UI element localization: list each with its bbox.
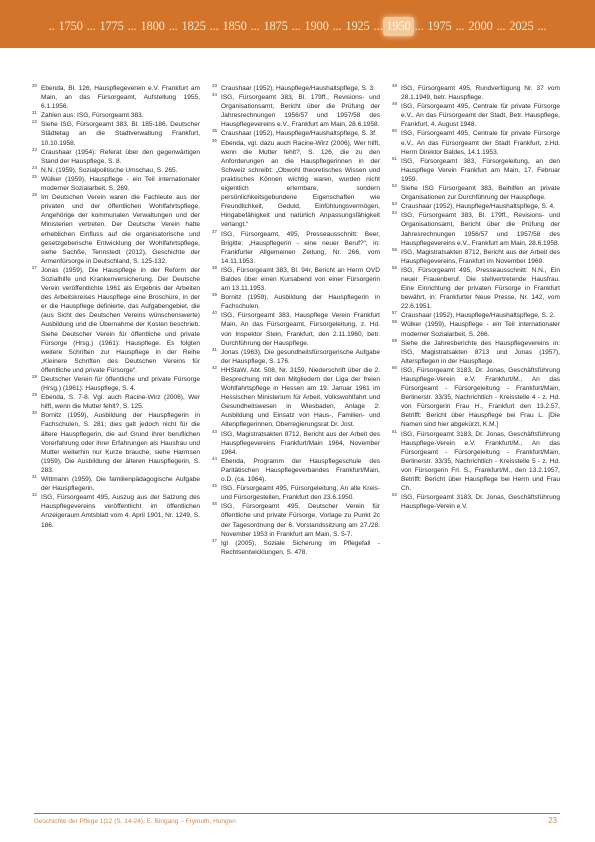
timeline-year-1950[interactable]: 1950	[383, 17, 413, 36]
footnote: 61ISG, Fürsorgeamt 3183, Dr. Jonas, Gesc…	[394, 430, 560, 494]
footnote-text: Craushaar (1952), Hauspflege/Haushaltspf…	[401, 203, 555, 210]
footnote-text: Bornitz (1959), Ausbildung der Hauspfleg…	[221, 294, 380, 310]
footnote-column-2: 33Craushaar (1952), Hauspflege/Haushalts…	[214, 84, 380, 557]
footnote-number: 20	[32, 83, 37, 88]
footnote-text: Deutscher Verein für öffentliche und pri…	[41, 376, 200, 392]
footnote: 56ISG, Fürsorgeamt 495, Presseausschnitt…	[394, 266, 560, 311]
footnote: 24N.N. (1959), Sozialpolitische Umschau,…	[34, 166, 200, 175]
footnote-number: 41	[212, 347, 217, 352]
footnote-text: ISG, Fürsorgeamt 3183, Dr. Jonas, Geschä…	[401, 431, 560, 493]
footnote-number: 30	[32, 410, 37, 415]
footnote-text: Ebenda, Bl. 126, Hauspflegeverein e.V. F…	[41, 85, 200, 110]
timeline-year-1875[interactable]: 1875	[260, 17, 290, 36]
footnote-text: Craushaar (1954): Referat über den gegen…	[41, 149, 200, 165]
timeline-separator: ...	[86, 19, 97, 34]
footnote-text: Jonas (1963), Die gesundheitsfürsorgeris…	[221, 349, 380, 365]
footnote: 57Craushaar (1952), Hauspflege/Haushalts…	[394, 311, 560, 320]
footnote-text: N.N. (1959), Sozialpolitische Umschau, S…	[41, 167, 177, 174]
footnote-number: 23	[32, 147, 37, 152]
footnote: 42HHStaW, Abt. 508, Nr. 3159, Niederschr…	[214, 366, 380, 430]
timeline-years: ..1750...1775...1800...1825...1850...187…	[48, 17, 548, 36]
timeline-year-1750[interactable]: 1750	[56, 17, 86, 36]
footnote: 43ISG, Magistratsakten 8712, Bericht aus…	[214, 430, 380, 457]
timeline-separator: ..	[48, 19, 56, 34]
footnote-text: ISG, Fürsorgeamt 3183, Dr. Jonas, Geschä…	[401, 494, 560, 510]
footnote: 60ISG, Fürsorgeamt 3183, Dr. Jonas, Gesc…	[394, 366, 560, 430]
footnote-number: 22	[32, 119, 37, 124]
footnote: 41Jonas (1963), Die gesundheitsfürsorger…	[214, 348, 380, 366]
footnote: 33Craushaar (1952), Hauspflege/Haushalts…	[214, 84, 380, 93]
footnote-text: ISG, Fürsorgeamt 495, Deutscher Verein f…	[221, 503, 380, 537]
footnote-number: 26	[32, 192, 37, 197]
footnote-text: Craushaar (1952), Hauspflege/Haushaltspf…	[221, 130, 377, 137]
footnote: 50ISG, Fürsorgeamt 495, Centrale für pri…	[394, 129, 560, 156]
footnote-column-1: 20Ebenda, Bl. 126, Hauspflegeverein e.V.…	[34, 84, 200, 557]
footnote-text: Ebenda, Programm der Hauspflegeschule de…	[221, 458, 380, 483]
footnote-column-3: 48ISG, Fürsorgeamt 495, Rundverfügung Nr…	[394, 84, 560, 557]
footnote-number: 50	[392, 128, 397, 133]
footnote-text: Bornitz (1959), Ausbildung der Hauspfleg…	[41, 412, 200, 474]
footnote-number: 44	[212, 456, 217, 461]
footnote: 59Siehe die Jahresberichte des Hauspfleg…	[394, 339, 560, 366]
footnote-text: ISG, Fürsorgeamt 383, Bl. 179ff., Revisi…	[221, 94, 380, 128]
footnote-text: ISG, Fürsorgeamt 495, Auszug aus der Sat…	[41, 494, 200, 528]
footnote: 20Ebenda, Bl. 126, Hauspflegeverein e.V.…	[34, 84, 200, 111]
footnote-text: ISG, Fürsorgeamt 383, Bl. 94r, Bericht a…	[221, 267, 380, 292]
footnote: 45ISG, Fürsorgeamt 495, Fürsorgeleitung,…	[214, 484, 380, 502]
footnote: 46ISG, Fürsorgeamt 495, Deutscher Verein…	[214, 502, 380, 538]
timeline-separator: ...	[373, 19, 384, 34]
footnote-number: 25	[32, 174, 37, 179]
footnote-text: ISG, Fürsorgeamt 495, Presseausschnitt: …	[401, 267, 560, 310]
footnote-text: Wittmann (1959), Die familienpädagogisch…	[41, 476, 200, 492]
footnote-text: ISG, Fürsorgeamt 495, Centrale für priva…	[401, 130, 560, 155]
footnote-number: 52	[392, 183, 397, 188]
timeline-separator: ...	[250, 19, 261, 34]
footer-citation: Geschichte der Pflege 1|12 (S. 14-24), E…	[34, 818, 236, 825]
footnote: 48ISG, Fürsorgeamt 495, Rundverfügung Nr…	[394, 84, 560, 102]
footnote-number: 39	[212, 292, 217, 297]
footnote-number: 24	[32, 165, 37, 170]
footnote-number: 43	[212, 429, 217, 434]
footnote-number: 34	[212, 92, 217, 97]
footnote: 29Ebenda, S. 7-8. Vgl. auch Racine-Wirz …	[34, 393, 200, 411]
footnote-text: ISG, Fürsorgeamt 383, Hauspflege Verein …	[221, 312, 380, 346]
footnote-number: 49	[392, 101, 397, 106]
footnote: 36Ebenda, vgl. dazu auch Racine-Wirz (20…	[214, 139, 380, 230]
footnote-number: 21	[32, 110, 37, 115]
timeline-separator: ...	[127, 19, 138, 34]
timeline-separator: ...	[209, 19, 220, 34]
footnote-text: ISG, Magistratsakten 8712, Bericht aus d…	[401, 249, 560, 265]
timeline-year-1925[interactable]: 1925	[342, 17, 372, 36]
footnote-text: Zahlen aus: ISG, Fürsorgeamt 383.	[41, 112, 144, 119]
footnote-text: Siehe ISG Fürsorgeamt 383, Beihilfen an …	[401, 185, 560, 201]
timeline-year-2025[interactable]: 2025	[506, 17, 536, 36]
footnote-number: 60	[392, 365, 397, 370]
footnote-number: 57	[392, 310, 397, 315]
footnote-number: 45	[212, 483, 217, 488]
footnote-number: 58	[392, 319, 397, 324]
timeline-separator: ...	[291, 19, 302, 34]
footnote: 22Siehe ISG, Fürsorgeamt 383, Bl. 185-18…	[34, 120, 200, 147]
footnote: 38ISG, Fürsorgeamt 383, Bl. 94r, Bericht…	[214, 266, 380, 293]
footnote-text: ISG, Fürsorgeamt 383, Fürsorgeleitung, a…	[401, 158, 560, 183]
timeline-separator: ...	[455, 19, 466, 34]
footnote: 55ISG, Magistratsakten 8712, Bericht aus…	[394, 248, 560, 266]
footnote: 35Craushaar (1952), Hauspflege/Haushalts…	[214, 129, 380, 138]
footnote-number: 42	[212, 365, 217, 370]
footnote-number: 47	[212, 538, 217, 543]
timeline-year-1900[interactable]: 1900	[301, 17, 331, 36]
footnote-number: 54	[392, 210, 397, 215]
footnote-number: 32	[32, 492, 37, 497]
footnote-number: 29	[32, 392, 37, 397]
footnote-text: ISG, Fürsorgeamt, 495, Presseausschnitt:…	[221, 231, 380, 265]
footnote-text: Craushaar (1952), Hauspflege/Haushaltspf…	[401, 312, 555, 319]
footnote-number: 62	[392, 492, 397, 497]
footnote-number: 56	[392, 265, 397, 270]
footnote: 25Wülker (1959), Hauspflege - ein Teil i…	[34, 175, 200, 193]
footnote: 62ISG, Fürsorgeamt 3183, Dr. Jonas, Gesc…	[394, 493, 560, 511]
timeline-year-1975[interactable]: 1975	[424, 17, 454, 36]
timeline-separator: ...	[496, 19, 507, 34]
footnote: 28Deutscher Verein für öffentliche und p…	[34, 375, 200, 393]
timeline-separator: ...	[168, 19, 179, 34]
footnote-number: 31	[32, 474, 37, 479]
footnote-number: 61	[392, 429, 397, 434]
footnote: 32ISG, Fürsorgeamt 495, Auszug aus der S…	[34, 493, 200, 529]
footnote: 54ISG, Fürsorgeamt 383, Bl. 179ff., Revi…	[394, 211, 560, 247]
footer-divider	[34, 813, 560, 814]
footnotes-area: 20Ebenda, Bl. 126, Hauspflegeverein e.V.…	[34, 84, 560, 557]
footnote-number: 55	[392, 247, 397, 252]
footnote-number: 46	[212, 501, 217, 506]
timeline-separator: ...	[332, 19, 343, 34]
footnote-number: 27	[32, 265, 37, 270]
timeline-year-1850[interactable]: 1850	[219, 17, 249, 36]
timeline-header: ..1750...1775...1800...1825...1850...187…	[0, 0, 595, 48]
footnote-number: 38	[212, 265, 217, 270]
footnote-text: ISG, Fürsorgeamt 383, Bl. 179ff., Revisi…	[401, 212, 560, 246]
footnote-text: ISG, Fürsorgeamt 495, Rundverfügung Nr. …	[401, 85, 560, 101]
footnote-number: 37	[212, 229, 217, 234]
timeline-year-2000[interactable]: 2000	[465, 17, 495, 36]
footnote: 47Igl (2005), Soziale Sicherung im Pfleg…	[214, 539, 380, 557]
footnote-number: 36	[212, 138, 217, 143]
footnote-number: 33	[212, 83, 217, 88]
footnote: 21Zahlen aus: ISG, Fürsorgeamt 383.	[34, 111, 200, 120]
footnote: 39Bornitz (1959), Ausbildung der Hauspfl…	[214, 293, 380, 311]
footnote-text: Ebenda, vgl. dazu auch Racine-Wirz (2006…	[221, 140, 380, 229]
footnote-text: Ebenda, S. 7-8. Vgl. auch Racine-Wirz (2…	[41, 394, 200, 410]
footnote: 31Wittmann (1959), Die familienpädagogis…	[34, 475, 200, 493]
footnote-text: Wülker (1959), Hauspflege - ein Teil int…	[401, 321, 560, 337]
timeline-year-1825[interactable]: 1825	[178, 17, 208, 36]
footnote: 23Craushaar (1954): Referat über den geg…	[34, 148, 200, 166]
footnote-text: Igl (2005), Soziale Sicherung im Pflegef…	[221, 540, 380, 556]
timeline-separator: ...	[414, 19, 425, 34]
page-number: 23	[548, 816, 557, 825]
footnote: 30Bornitz (1959), Ausbildung der Hauspfl…	[34, 411, 200, 475]
footnote-text: ISG, Magistratsakten 8712, Bericht aus d…	[221, 431, 380, 456]
timeline-year-1775[interactable]: 1775	[97, 17, 127, 36]
footnote-text: Im Deutschen Verein waren die Fachleute …	[41, 194, 200, 265]
timeline-separator: ...	[537, 19, 548, 34]
footnote-text: Craushaar (1952), Hauspflege/Haushaltspf…	[221, 85, 375, 92]
footnote-text: ISG, Fürsorgeamt 3183, Dr. Jonas, Geschä…	[401, 367, 560, 429]
footnote: 53Craushaar (1952), Hauspflege/Haushalts…	[394, 202, 560, 211]
footnote-text: Siehe die Jahresberichte des Hauspflegev…	[401, 340, 560, 365]
footnote-text: ISG, Fürsorgeamt 495, Fürsorgeleitung, A…	[221, 485, 380, 501]
footnote-number: 59	[392, 338, 397, 343]
footnote-number: 51	[392, 156, 397, 161]
footnote-text: Wülker (1959), Hauspflege - ein Teil int…	[41, 176, 200, 192]
footnote-text: Jonas (1959), Die Hauspflege in der Refo…	[41, 267, 200, 374]
footnote-text: ISG, Fürsorgeamt 495, Centrale für priva…	[401, 103, 560, 128]
footnote: 27Jonas (1959), Die Hauspflege in der Re…	[34, 266, 200, 375]
footnote: 49ISG, Fürsorgeamt 495, Centrale für pri…	[394, 102, 560, 129]
footnote: 44Ebenda, Programm der Hauspflegeschule …	[214, 457, 380, 484]
footnote: 26Im Deutschen Verein waren die Fachleut…	[34, 193, 200, 266]
footnote-number: 35	[212, 128, 217, 133]
footnote: 40ISG, Fürsorgeamt 383, Hauspflege Verei…	[214, 311, 380, 347]
footnote: 34ISG, Fürsorgeamt 383, Bl. 179ff., Revi…	[214, 93, 380, 129]
footnote-number: 28	[32, 374, 37, 379]
footnote: 58Wülker (1959), Hauspflege - ein Teil i…	[394, 320, 560, 338]
footnote-text: Siehe ISG, Fürsorgeamt 383, Bl. 185-186,…	[41, 121, 200, 146]
footnote-text: HHStaW, Abt. 508, Nr. 3159, Niederschrif…	[221, 367, 380, 429]
footnote: 52Siehe ISG Fürsorgeamt 383, Beihilfen a…	[394, 184, 560, 202]
footnote-number: 40	[212, 310, 217, 315]
footnote: 51ISG, Fürsorgeamt 383, Fürsorgeleitung,…	[394, 157, 560, 184]
footnote-number: 48	[392, 83, 397, 88]
timeline-year-1800[interactable]: 1800	[137, 17, 167, 36]
footnote: 37ISG, Fürsorgeamt, 495, Presseausschnit…	[214, 230, 380, 266]
footnote-number: 53	[392, 201, 397, 206]
